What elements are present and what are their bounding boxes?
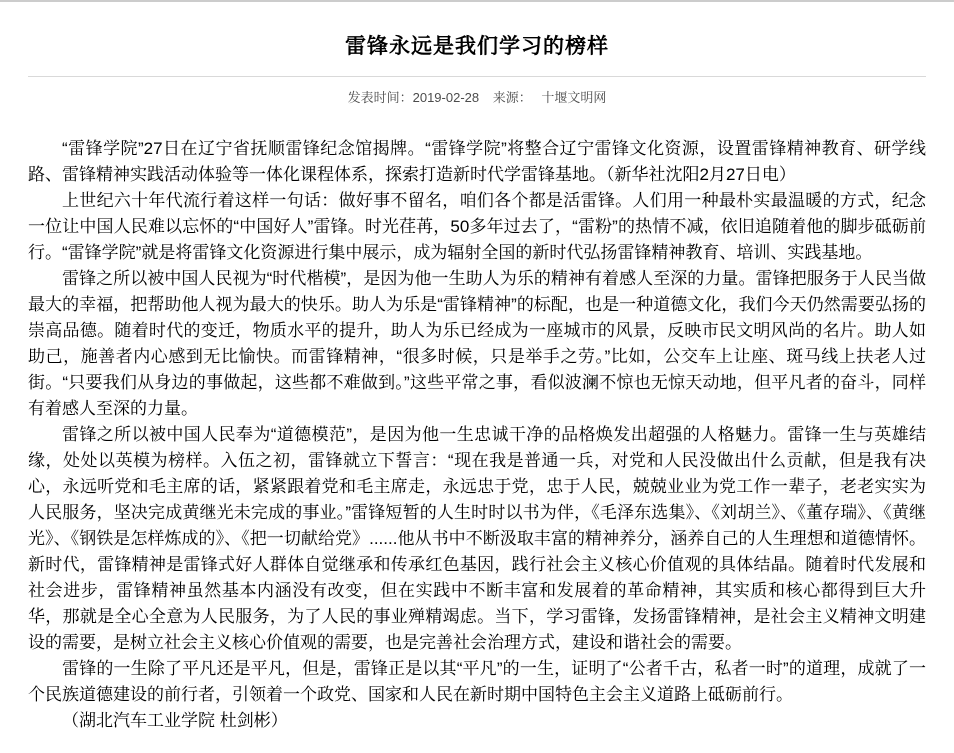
- article-paragraph: 雷锋之所以被中国人民奉为“道德模范”，是因为他一生忠诚干净的品格焕发出超强的人格…: [28, 422, 926, 656]
- article-paragraph: 雷锋的一生除了平凡还是平凡，但是，雷锋正是以其“平凡”的一生，证明了“公者千古，…: [28, 656, 926, 708]
- page-title: 雷锋永远是我们学习的榜样: [0, 32, 954, 62]
- source-name: 十堰文明网: [541, 90, 606, 105]
- article-body: “雷锋学院”27日在辽宁省抚顺雷锋纪念馆揭牌。“雷锋学院”将整合辽宁雷锋文化资源…: [0, 136, 954, 734]
- publish-date: 2019-02-28: [413, 90, 480, 105]
- article-paragraph: 雷锋之所以被中国人民视为“时代楷模”，是因为他一生助人为乐的精神有着感人至深的力…: [28, 266, 926, 422]
- article-paragraph: （湖北汽车工业学院 杜剑彬）: [28, 708, 926, 734]
- article-paragraph: “雷锋学院”27日在辽宁省抚顺雷锋纪念馆揭牌。“雷锋学院”将整合辽宁雷锋文化资源…: [28, 136, 926, 188]
- top-divider-bar: [0, 0, 954, 2]
- article-meta: 发表时间：2019-02-28 来源： 十堰文明网: [0, 90, 954, 106]
- title-divider: [28, 76, 926, 77]
- publish-time-label: 发表时间：: [348, 90, 413, 105]
- article-paragraph: 上世纪六十年代流行着这样一句话：做好事不留名，咱们各个都是活雷锋。人们用一种最朴…: [28, 188, 926, 266]
- source-label: 来源：: [493, 90, 532, 105]
- article-page: 雷锋永远是我们学习的榜样 发表时间：2019-02-28 来源： 十堰文明网 “…: [0, 0, 954, 753]
